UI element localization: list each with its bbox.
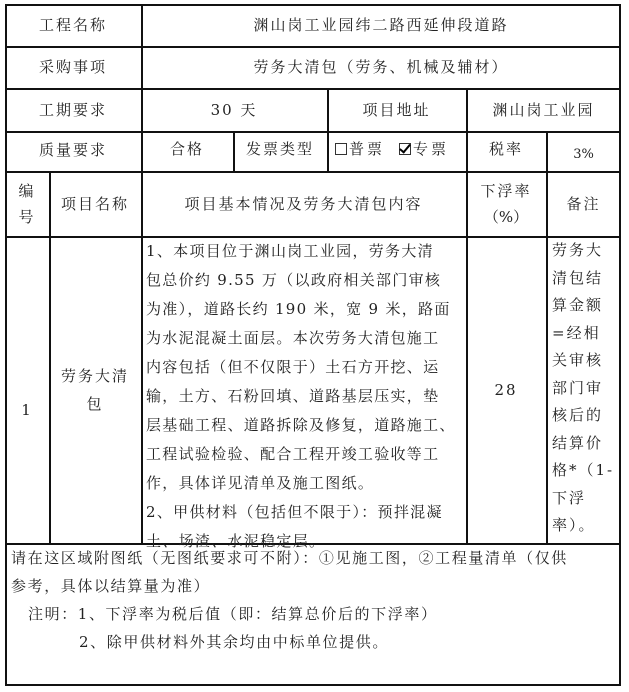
note-2: 2、除甲供材料外其余均由中标单位提供。 (11, 628, 617, 656)
note-1: 注明：1、下浮率为税后值（即：结算总价后的下浮率） (11, 600, 617, 628)
checked-checkbox-icon[interactable] (399, 143, 411, 155)
project-name-value: 渊山岗工业园纬二路西延伸段道路 (141, 4, 621, 46)
duration-value: 30 天 (141, 88, 327, 131)
tax-rate-label: 税率 (466, 131, 546, 167)
invoice-type-label: 发票类型 (233, 131, 327, 167)
row-content: 1、本项目位于渊山岗工业园，劳务大清 包总价约 9.55 万（以政府相关部门审核… (146, 237, 464, 556)
col-header-no: 编 号 (5, 171, 49, 236)
duration-label: 工期要求 (5, 88, 141, 131)
project-name-label: 工程名称 (5, 4, 141, 46)
row-no: 1 (5, 236, 49, 543)
address-label: 项目地址 (327, 88, 466, 131)
procurement-value: 劳务大清包（劳务、机械及辅材） (141, 46, 621, 88)
tax-rate-value: 3% (546, 137, 621, 173)
border-bottom (5, 684, 621, 686)
invoice-options: 普票 专票 (327, 131, 466, 167)
address-value: 渊山岗工业园 (466, 88, 621, 131)
col-header-content: 项目基本情况及劳务大清包内容 (141, 171, 466, 236)
quality-label: 质量要求 (5, 131, 141, 169)
attachment-line-2: 参考，具体以结算量为准） (11, 572, 617, 600)
row-remark: 劳务大 清包结 算金额 =经相 关审核 部门审 核后的 结算价 格*（1- 下浮… (552, 237, 618, 540)
row-item-name: 劳务大清 包 (49, 236, 141, 543)
row-rate: 28 (466, 236, 546, 543)
attachment-line-1: 请在这区域附图纸（无图纸要求可不附）：①见施工图，②工程量清单（仅供 (11, 544, 617, 572)
col-header-remark: 备注 (546, 171, 621, 236)
unchecked-checkbox-icon[interactable] (335, 143, 347, 155)
procurement-label: 采购事项 (5, 46, 141, 88)
col-header-rate: 下浮率 （%） (466, 171, 546, 236)
col-header-item-name: 项目名称 (49, 171, 141, 236)
quality-value: 合格 (141, 131, 233, 167)
invoice-option-special[interactable]: 专票 (399, 139, 449, 159)
footer-notes: 请在这区域附图纸（无图纸要求可不附）：①见施工图，②工程量清单（仅供 参考，具体… (11, 544, 617, 656)
invoice-option-plain[interactable]: 普票 (335, 139, 385, 159)
